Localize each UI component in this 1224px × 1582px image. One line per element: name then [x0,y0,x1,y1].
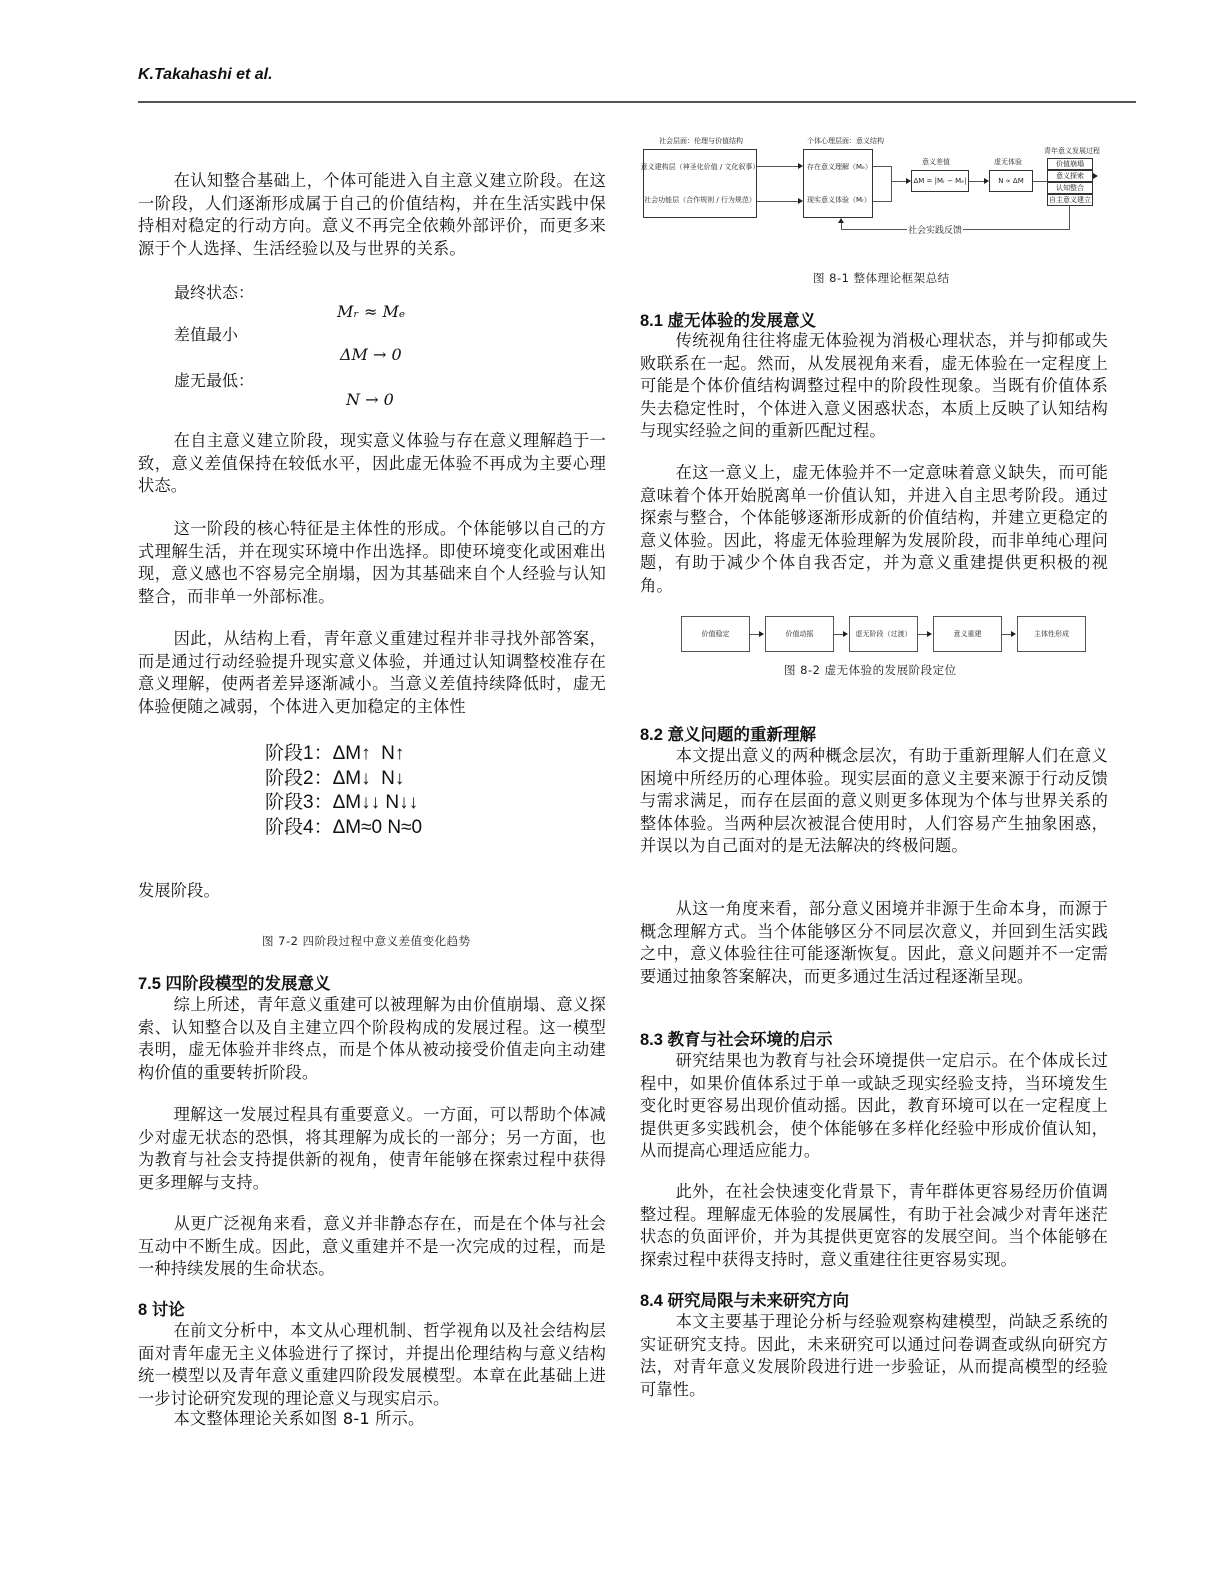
section-8-2-title: 8.2 意义问题的重新理解 [640,724,816,746]
connector-line [757,201,799,202]
arrow-right-icon [759,631,764,637]
process-step-subjectivity: 主体性形成 [1017,616,1086,652]
nihil-proportional-box: N ∝ ΔM [989,170,1033,192]
process-step-value-shaken: 价值动摇 [765,616,834,652]
running-header-author: K.Takahashi et al. [138,66,273,84]
section-8-4-title: 8.4 研究局限与未来研究方向 [640,1290,849,1312]
section-8-3-title: 8.3 教育与社会环境的启示 [640,1029,833,1051]
process-step-nihil-transition: 虚无阶段（过渡） [849,616,918,652]
arrow-right-icon [843,631,848,637]
connector-line [873,166,891,167]
social-meaning-construction-box: 意义建构层（神圣化价值 / 文化叙事） [643,149,757,184]
youth-stage-exploration: 意义探索 [1047,170,1093,182]
connector-line [891,166,892,202]
paragraph-tail: 发展阶段。 [138,880,220,903]
section-8-1-paragraph-1: 传统视角往往将虚无体验视为消极心理状态，并与抑郁或失败联系在一起。然而，从发展视… [640,330,1108,443]
social-function-box: 社会功能层（合作规则 / 行为规范） [643,183,757,218]
youth-stage-integration: 认知整合 [1047,182,1093,194]
figure-7-2-caption: 图 7-2 四阶段过程中意义差值变化趋势 [262,933,471,949]
section-8-1-paragraph-2: 在这一意义上，虚无体验并不一定意味着意义缺失，而可能意味着个体开始脱离单一价值认… [640,462,1108,598]
social-layer-title: 社会层面：伦理与价值结构 [659,136,743,146]
arrow-up-icon [838,218,844,223]
connector-line [1033,181,1047,182]
feedback-label: 社会实践反馈 [907,223,963,236]
connector-line [873,201,891,202]
feedback-line [841,222,842,230]
section-8-2-paragraph-2: 从这一角度来看，部分意义困境并非源于生命本身，而源于概念理解方式。当个体能够区分… [640,898,1108,988]
section-8-1-title: 8.1 虚无体验的发展意义 [640,310,816,332]
nihil-title: 虚无体验 [994,157,1022,167]
practical-meaning-box: 现实意义体验（Mᵣ） [803,183,873,218]
paragraph-structure: 因此，从结构上看，青年意义重建过程并非寻找外部答案，而是通过行动经验提升现实意义… [138,628,606,718]
section-8-paragraph-1: 在前文分析中，本文从心理机制、哲学视角以及社会结构层面对青年虚无主义体验进行了探… [138,1320,606,1410]
equation-delta-m-to-zero: ΔM → 0 [340,345,402,364]
equation-mr-approx-me: Mᵣ ≈ Mₑ [337,302,405,321]
paragraph-subjectivity: 这一阶段的核心特征是主体性的形成。个体能够以自己的方式理解生活，并在现实环境中作… [138,518,606,608]
arrow-right-icon [1011,631,1016,637]
equation-n-to-zero: N → 0 [346,390,394,409]
label-min-nihil: 虚无最低： [174,368,254,391]
label-final-state: 最终状态： [174,280,254,303]
section-8-2-paragraph-1: 本文提出意义的两种概念层次，有助于重新理解人们在意义困境中所经历的心理体验。现实… [640,745,1108,858]
section-8-3-paragraph-1: 研究结果也为教育与社会环境提供一定启示。在个体成长过程中，如果价值体系过于单一或… [640,1050,1108,1163]
existential-meaning-box: 存在意义理解（Mₑ） [803,149,873,184]
section-8-title: 8 讨论 [138,1299,185,1321]
process-step-meaning-rebuild: 意义重建 [933,616,1002,652]
stage-list: 阶段1：ΔM↑ N↑ 阶段2：ΔM↓ N↓ 阶段3：ΔM↓↓ N↓↓ 阶段4：Δ… [265,742,422,840]
figure-8-2-caption: 图 8-2 虚无体验的发展阶段定位 [784,662,957,678]
youth-stage-collapse: 价值崩塌 [1047,158,1093,170]
section-7-5-paragraph-2: 理解这一发展过程具有重要意义。一方面，可以帮助个体减少对虚无状态的恐惧，将其理解… [138,1104,606,1194]
paragraph-consistency: 在自主意义建立阶段，现实意义体验与存在意义理解趋于一致，意义差值保持在较低水平，… [138,430,606,498]
feedback-line [841,229,907,230]
process-step-value-stable: 价值稳定 [681,616,750,652]
section-8-paragraph-2: 本文整体理论关系如图 8-1 所示。 [138,1408,606,1431]
connector-line [891,181,907,182]
delta-m-box: ΔM = |Mᵣ − Mₑ| [911,170,969,192]
section-8-4-paragraph-1: 本文主要基于理论分析与经验观察构建模型，尚缺乏系统的实证研究支持。因此，未来研究… [640,1311,1108,1401]
connector-line [757,166,799,167]
feedback-line [1069,206,1070,230]
stage-1: 阶段1：ΔM↑ N↑ [265,742,422,767]
paragraph-autonomous-stage: 在认知整合基础上，个体可能进入自主意义建立阶段。在这一阶段，人们逐渐形成属于自己… [138,170,606,260]
stage-2: 阶段2：ΔM↓ N↓ [265,767,422,792]
arrow-right-icon [1093,173,1098,179]
header-divider [138,101,1136,103]
section-7-5-title: 7.5 四阶段模型的发展意义 [138,973,331,995]
section-7-5-paragraph-3: 从更广泛视角来看，意义并非静态存在，而是在个体与社会互动中不断生成。因此，意义重… [138,1213,606,1281]
connector-line [969,181,985,182]
figure-8-1-caption: 图 8-1 整体理论框架总结 [813,270,950,286]
diff-title: 意义差值 [922,157,950,167]
section-8-3-paragraph-2: 此外，在社会快速变化背景下，青年群体更容易经历价值调整过程。理解虚无体验的发展属… [640,1181,1108,1271]
youth-stage-autonomy: 自主意义建立 [1047,194,1093,206]
stage-3: 阶段3：ΔM↓↓ N↓↓ [265,791,422,816]
stage-4: 阶段4：ΔM≈0 N≈0 [265,816,422,841]
arrow-right-icon [927,631,932,637]
label-min-diff: 差值最小 [174,322,238,345]
individual-layer-title: 个体心理层面：意义结构 [807,136,884,146]
youth-process-title: 青年意义发展过程 [1044,146,1100,156]
section-7-5-paragraph-1: 综上所述，青年意义重建可以被理解为由价值崩塌、意义探索、认知整合以及自主建立四个… [138,994,606,1084]
